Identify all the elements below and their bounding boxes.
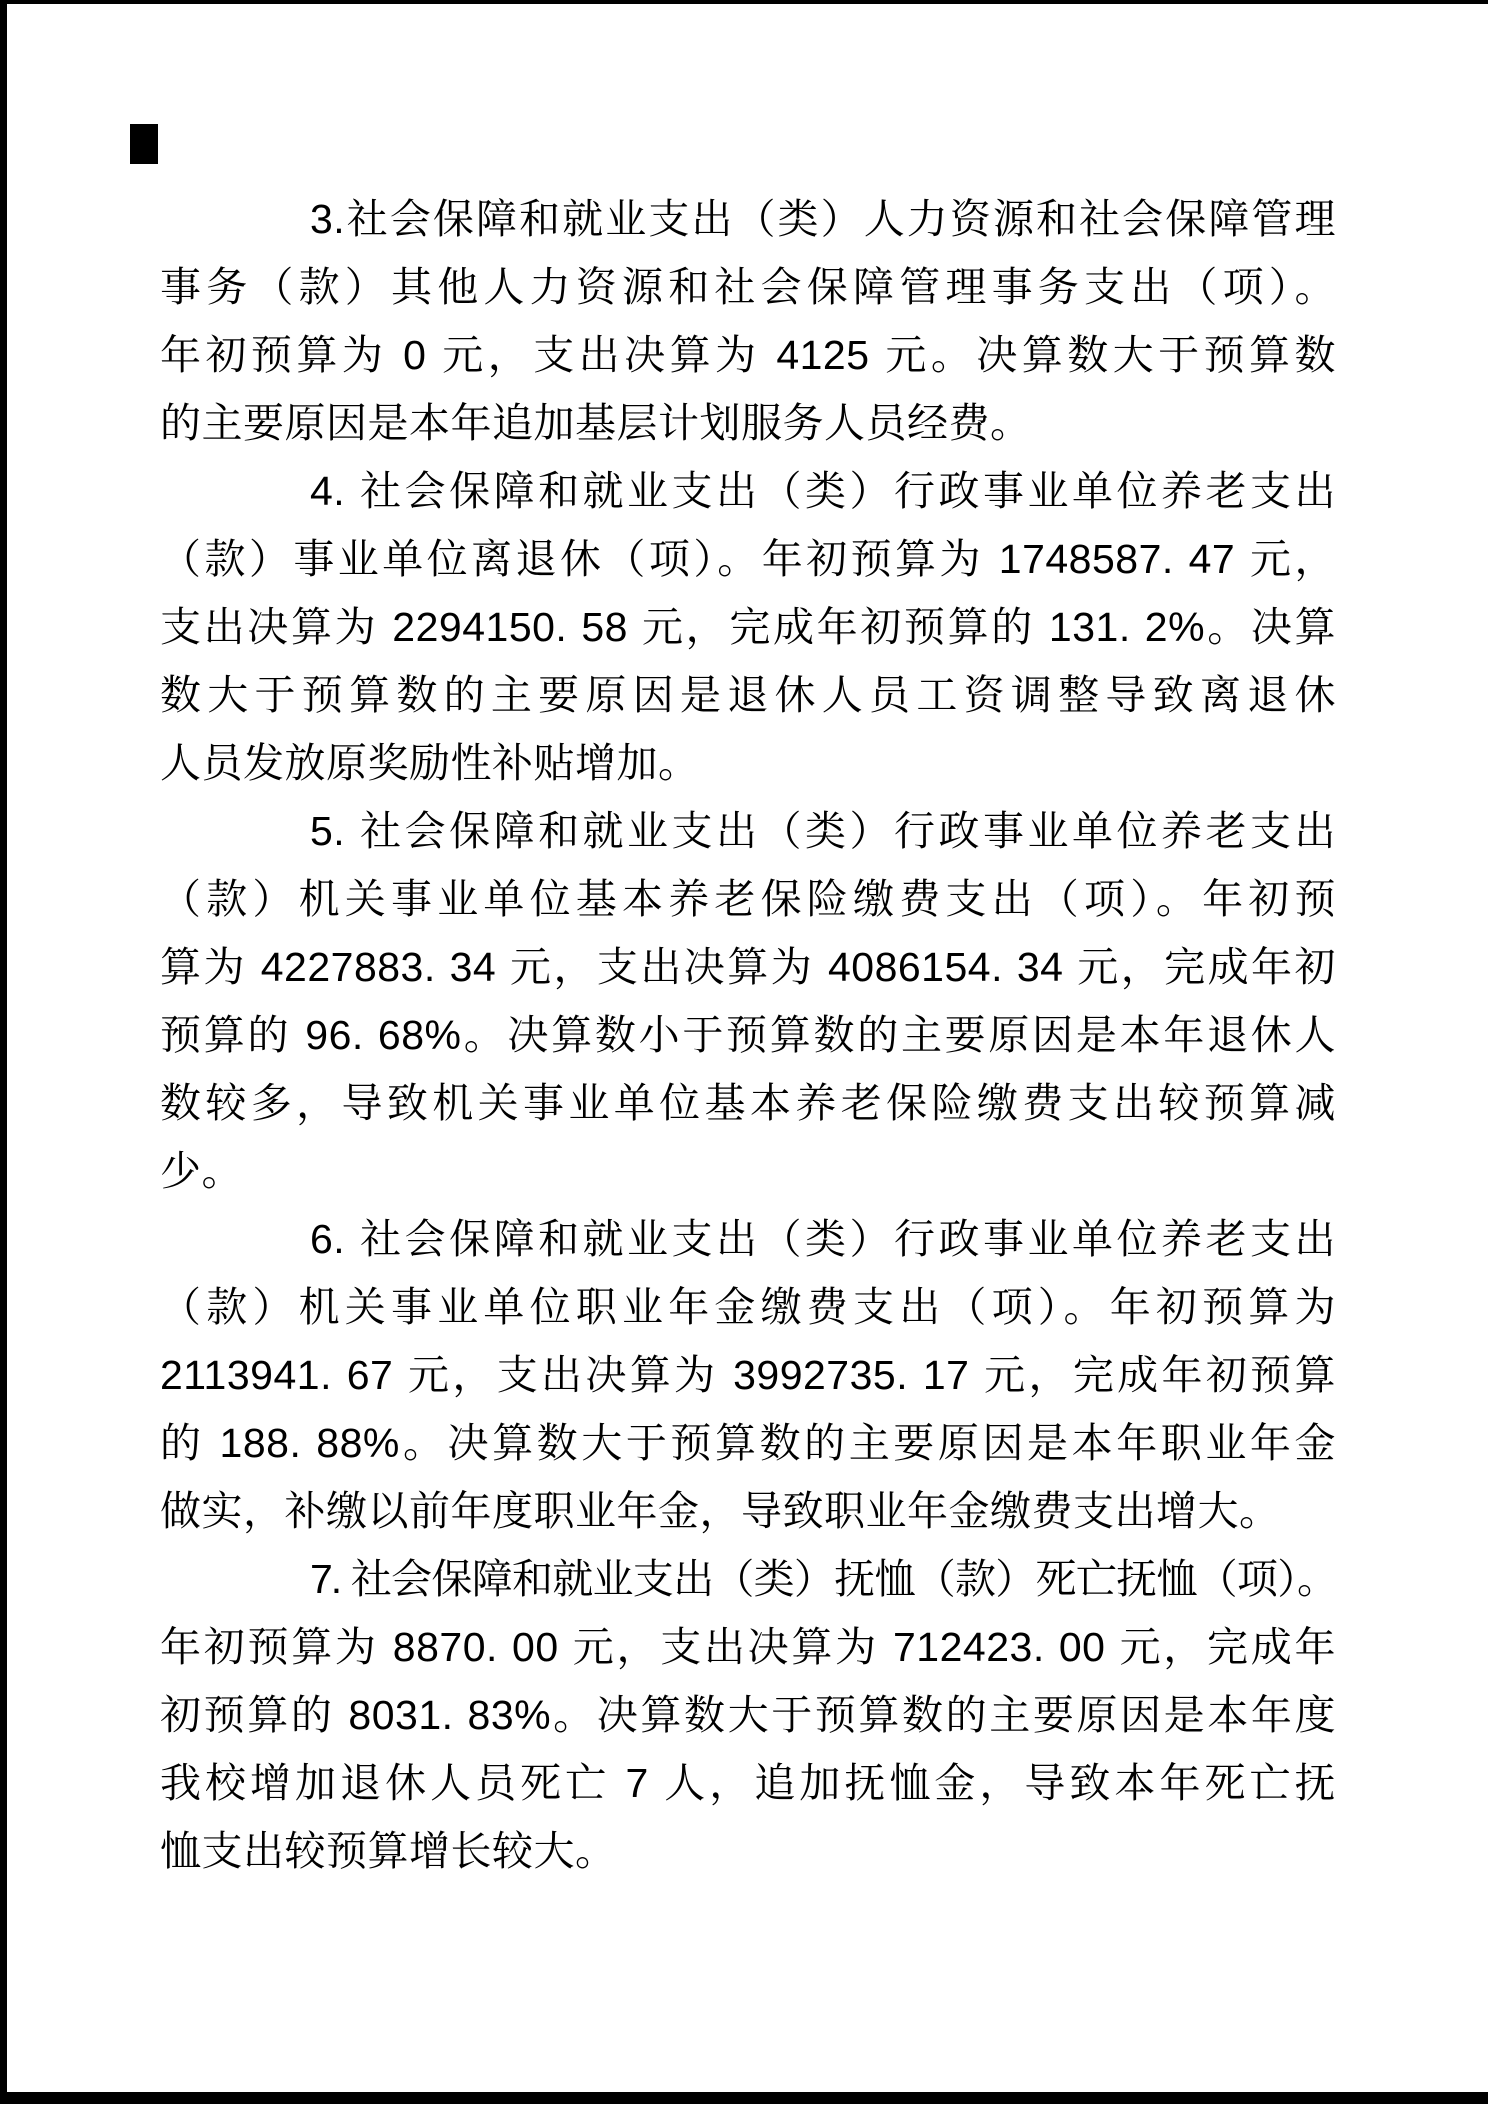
text-line: 初预算的 8031. 83%。决算数大于预算数的主要原因是本年度 [160,1681,1336,1749]
text-line: 年初预算为 0 元，支出决算为 4125 元。决算数大于预算数 [160,321,1336,389]
text-line: （款）机关事业单位基本养老保险缴费支出（项）。年初预 [160,865,1336,933]
text-line: 做实，补缴以前年度职业年金，导致职业年金缴费支出增大。 [160,1477,1336,1545]
text-line: 算为 4227883. 34 元，支出决算为 4086154. 34 元，完成年… [160,933,1336,1001]
text-line: （款）事业单位离退休（项）。年初预算为 1748587. 47 元， [160,525,1336,593]
text-line: 少。 [160,1137,1336,1205]
text-line: 数较多，导致机关事业单位基本养老保险缴费支出较预算减 [160,1069,1336,1137]
scan-artifact-left-edge [0,0,7,2104]
text-line: 恤支出较预算增长较大。 [160,1817,1336,1885]
scan-artifact-corner-mark [130,124,158,164]
text-line: 预算的 96. 68%。决算数小于预算数的主要原因是本年退休人 [160,1001,1336,1069]
text-line: 7. 社会保障和就业支出（类）抚恤（款）死亡抚恤（项）。 [160,1545,1336,1613]
report-text-block: 3.社会保障和就业支出（类）人力资源和社会保障管理 事务（款）其他人力资源和社会… [160,185,1336,1885]
text-line: 我校增加退休人员死亡 7 人，追加抚恤金，导致本年死亡抚 [160,1749,1336,1817]
paragraph-item-6: 6. 社会保障和就业支出（类）行政事业单位养老支出 （款）机关事业单位职业年金缴… [160,1205,1336,1545]
text-line: 支出决算为 2294150. 58 元，完成年初预算的 131. 2%。决算 [160,593,1336,661]
scan-artifact-top-edge [0,0,1488,4]
document-page: 3.社会保障和就业支出（类）人力资源和社会保障管理 事务（款）其他人力资源和社会… [0,0,1488,2104]
text-line: （款）机关事业单位职业年金缴费支出（项）。年初预算为 [160,1273,1336,1341]
text-line: 5. 社会保障和就业支出（类）行政事业单位养老支出 [160,797,1336,865]
text-line: 人员发放原奖励性补贴增加。 [160,729,1336,797]
paragraph-item-5: 5. 社会保障和就业支出（类）行政事业单位养老支出 （款）机关事业单位基本养老保… [160,797,1336,1205]
text-line: 年初预算为 8870. 00 元，支出决算为 712423. 00 元，完成年 [160,1613,1336,1681]
text-line: 的主要原因是本年追加基层计划服务人员经费。 [160,389,1336,457]
text-line: 4. 社会保障和就业支出（类）行政事业单位养老支出 [160,457,1336,525]
text-line: 3.社会保障和就业支出（类）人力资源和社会保障管理 [160,185,1336,253]
scan-artifact-bottom-edge [0,2092,1488,2104]
text-line: 2113941. 67 元，支出决算为 3992735. 17 元，完成年初预算 [160,1341,1336,1409]
paragraph-item-4: 4. 社会保障和就业支出（类）行政事业单位养老支出 （款）事业单位离退休（项）。… [160,457,1336,797]
text-line: 6. 社会保障和就业支出（类）行政事业单位养老支出 [160,1205,1336,1273]
text-line: 数大于预算数的主要原因是退休人员工资调整导致离退休 [160,661,1336,729]
text-line: 的 188. 88%。决算数大于预算数的主要原因是本年职业年金 [160,1409,1336,1477]
paragraph-item-7: 7. 社会保障和就业支出（类）抚恤（款）死亡抚恤（项）。 年初预算为 8870.… [160,1545,1336,1885]
text-line: 事务（款）其他人力资源和社会保障管理事务支出（项）。 [160,253,1336,321]
paragraph-item-3: 3.社会保障和就业支出（类）人力资源和社会保障管理 事务（款）其他人力资源和社会… [160,185,1336,457]
